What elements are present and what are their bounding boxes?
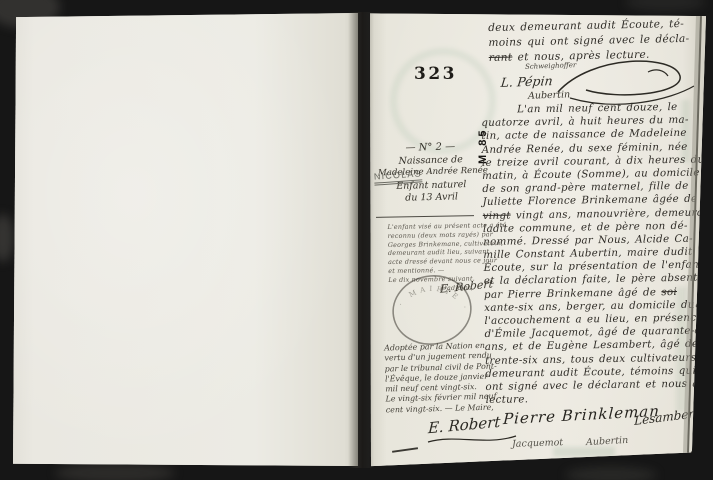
signature-mayor-aubertin: Aubertin bbox=[586, 435, 629, 448]
adoption-note: Adoptée par la Nation en vertu d'un juge… bbox=[384, 341, 498, 416]
margin-dash bbox=[392, 447, 418, 452]
right-page: 323 M 85 deux demeurant audit Écoute, té… bbox=[370, 12, 706, 468]
book-scan: 323 M 85 deux demeurant audit Écoute, té… bbox=[0, 0, 713, 480]
verso-ghost bbox=[553, 447, 615, 457]
margin-title-line: du 13 Avril bbox=[379, 191, 485, 206]
act-text: L'an mil neuf cent douze, le quatorze av… bbox=[481, 100, 713, 407]
scan-smudge bbox=[625, 0, 705, 12]
margin-rule bbox=[376, 215, 474, 218]
scan-smudge bbox=[565, 467, 657, 480]
adoption-signature-underline bbox=[426, 432, 518, 446]
page-number-stamp: 323 bbox=[414, 64, 457, 84]
left-page bbox=[13, 13, 358, 466]
officiant-signature: L. Pépin bbox=[500, 73, 553, 90]
scan-smudge bbox=[55, 463, 175, 480]
signature-witness-jacquemot: Jacquemot bbox=[512, 437, 564, 450]
scan-smudge bbox=[0, 214, 14, 262]
countersign-signature: Aubertin bbox=[528, 89, 571, 101]
